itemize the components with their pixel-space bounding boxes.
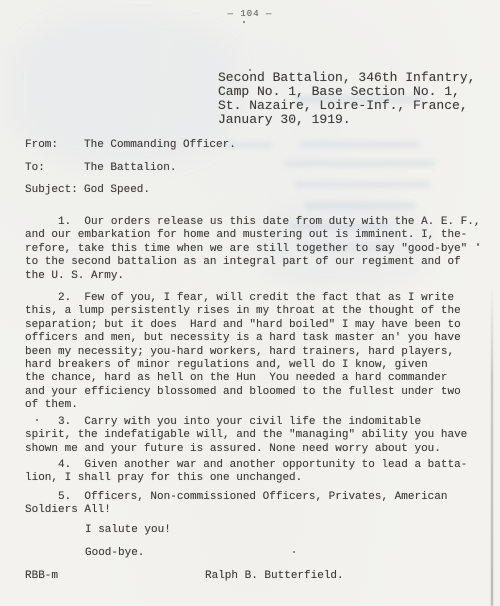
paragraph-line: and your efficiency blossomed and bloome… (25, 386, 495, 399)
scanned-letter-page: — 104 — Second Battalion, 346th Infantry… (0, 0, 500, 606)
signature-name: Ralph B. Butterfield. (205, 570, 344, 582)
field-to: To:The Battalion. (25, 162, 176, 174)
goodbye-line: Good-bye. (85, 547, 144, 559)
paragraph-line: the chance, hard as hell on the Hun You … (25, 372, 495, 385)
show-through-text-mark (285, 160, 435, 167)
paragraph-line: of them. (25, 399, 495, 412)
letterhead-date: January 30, 1919. (218, 113, 475, 127)
from-label: From: (25, 139, 84, 151)
letterhead: Second Battalion, 346th Infantry, Camp N… (218, 71, 475, 127)
field-from: From:The Commanding Officer. (25, 139, 236, 151)
scan-speck (243, 21, 245, 23)
show-through-text-mark (305, 202, 415, 209)
paragraph-line: to the second battalion as an integral p… (25, 256, 495, 269)
paragraph-2: 2. Few of you, I fear, will credit the f… (25, 292, 495, 413)
paragraph-line: been my necessity; you-hard workers, har… (25, 346, 495, 359)
paragraph-4: 4. Given another war and another opportu… (25, 459, 495, 486)
letterhead-unit: Second Battalion, 346th Infantry, (218, 71, 475, 85)
letterhead-camp: Camp No. 1, Base Section No. 1, (218, 85, 475, 99)
paragraph-line: 2. Few of you, I fear, will credit the f… (25, 292, 495, 305)
typist-initials: RBB-m (25, 570, 58, 582)
paragraph-line: refore, take this time when we are still… (25, 243, 495, 256)
to-value: The Battalion. (84, 162, 176, 174)
show-through-text-mark (295, 181, 430, 188)
salute-line: I salute you! (85, 524, 171, 536)
paragraph-1: 1. Our orders release us this date from … (25, 216, 495, 283)
paragraph-line: Soldiers All! (25, 504, 495, 517)
paragraph-line: separation; but it does Hard and "hard b… (25, 319, 495, 332)
paragraph-line: lion, I shall pray for this one unchange… (25, 472, 495, 485)
paragraph-line: 5. Officers, Non-commissioned Officers, … (25, 491, 495, 504)
paragraph-line: shown me and your future is assured. Non… (25, 443, 495, 456)
subject-value: God Speed. (84, 184, 150, 196)
show-through-text-mark (300, 141, 420, 148)
paragraph-line: spirit, the indefatigable will, and the … (25, 429, 495, 442)
to-label: To: (25, 162, 84, 174)
paragraph-line: the U. S. Army. (25, 270, 495, 283)
from-value: The Commanding Officer. (84, 139, 236, 151)
paragraph-line: hard breakers of minor regulations and, … (25, 359, 495, 372)
paragraph-5: 5. Officers, Non-commissioned Officers, … (25, 491, 495, 518)
paragraph-line: 3. Carry with you into your civil life t… (25, 416, 495, 429)
subject-label: Subject: (25, 184, 84, 196)
letterhead-location: St. Nazaire, Loire-Inf., France, (218, 99, 475, 113)
paragraph-line: 4. Given another war and another opportu… (25, 459, 495, 472)
paragraph-3: 3. Carry with you into your civil life t… (25, 416, 495, 456)
scan-speck (249, 69, 251, 71)
page-edge-shadow (491, 285, 493, 606)
paragraph-line: officers and men, but necessity is a har… (25, 332, 495, 345)
scan-speck (36, 419, 38, 421)
scan-speck (293, 551, 295, 553)
scan-speck (477, 243, 479, 246)
page-number: — 104 — (0, 9, 500, 19)
field-subject: Subject:God Speed. (25, 184, 150, 196)
paragraph-line: this, a lump persistently rises in my th… (25, 305, 495, 318)
paragraph-line: and our embarkation for home and musteri… (25, 229, 495, 242)
paragraph-line: 1. Our orders release us this date from … (25, 216, 495, 229)
